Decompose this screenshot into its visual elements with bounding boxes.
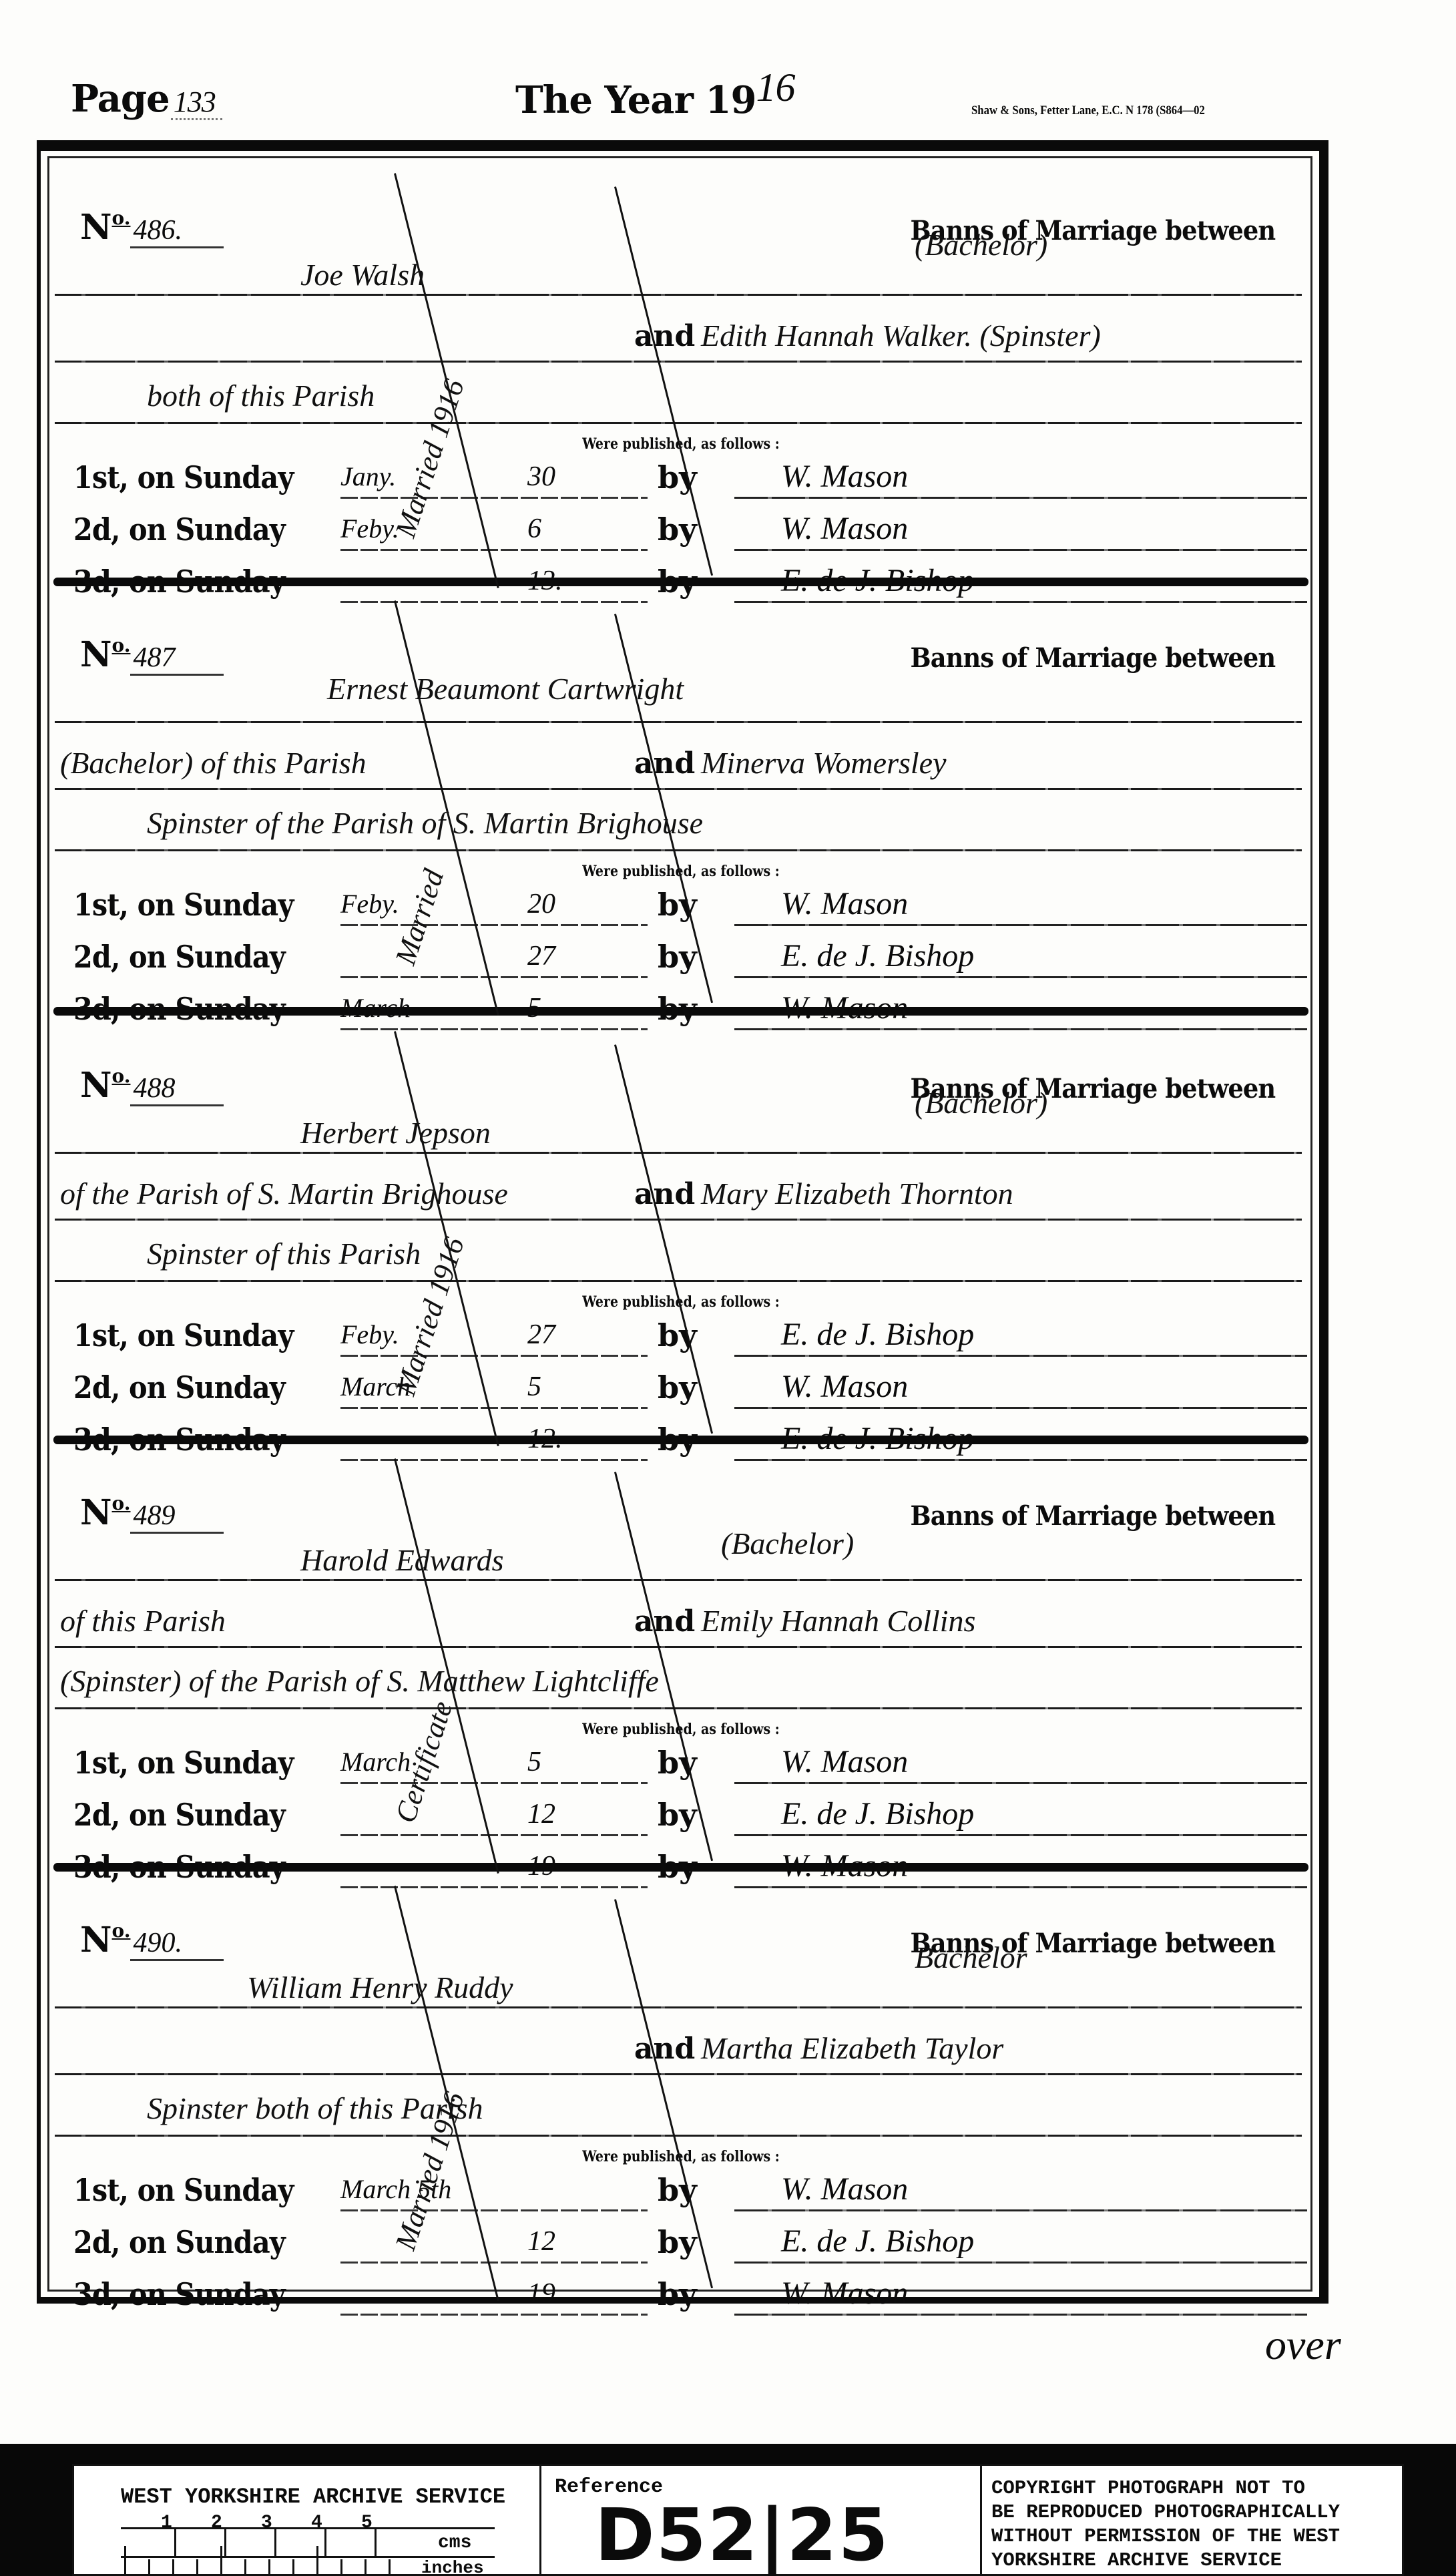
groom-status: (Bachelor) xyxy=(915,227,1047,262)
groom-status: (Bachelor) xyxy=(915,1085,1047,1120)
page-number-label: Page133 xyxy=(71,77,222,121)
officiant-rule xyxy=(734,2314,1307,2316)
entry-rule xyxy=(55,1280,1302,1282)
banns-entry: No.487 Banns of Marriage between Ernest … xyxy=(47,588,1315,1005)
and-label: and xyxy=(634,2032,695,2066)
officiant-rule xyxy=(734,2209,1307,2211)
inch-unit-label: inches xyxy=(421,2558,484,2576)
by-label: by xyxy=(658,1797,697,1833)
publication-day: 30 xyxy=(527,461,555,493)
page-number-value: 133 xyxy=(171,85,222,120)
entry-rule xyxy=(55,294,1302,296)
date-rule xyxy=(340,976,648,978)
page-label-text: Page xyxy=(71,77,170,121)
entry-number-suffix: o. xyxy=(112,1065,131,1087)
entry-number-value: 488 xyxy=(130,1072,224,1106)
entry-rule xyxy=(55,1152,1302,1154)
inch-tick xyxy=(196,2559,198,2574)
officiant-signature: E. de J. Bishop xyxy=(781,2223,974,2260)
publication-day: 12 xyxy=(527,2225,555,2258)
archive-scale-cell: WEST YORKSHIRE ARCHIVE SERVICE 12345 cms… xyxy=(74,2466,541,2574)
inch-tick xyxy=(365,2559,367,2574)
sunday-label: 1st, on Sunday xyxy=(73,1317,294,1353)
by-label: by xyxy=(658,2224,697,2260)
publication-day: 5 xyxy=(527,1371,541,1403)
archive-label-strip: WEST YORKSHIRE ARCHIVE SERVICE 12345 cms… xyxy=(72,2464,1404,2576)
bride-name: Martha Elizabeth Taylor xyxy=(701,2030,1003,2066)
reference-cell: Reference D52|25 xyxy=(541,2466,982,2574)
entry-rule xyxy=(55,361,1302,363)
groom-parish: (Bachelor) of this Parish xyxy=(60,745,367,781)
publication-day: 12 xyxy=(527,1798,555,1830)
publication-row: 2d, on Sunday March 5 by W. Mason xyxy=(47,1364,1315,1418)
publication-row: 1st, on Sunday Feby. 20 by W. Mason xyxy=(47,881,1315,935)
entry-number: No.487 xyxy=(80,634,224,676)
inch-tick xyxy=(244,2559,246,2574)
groom-name: Harold Edwards xyxy=(300,1542,504,1578)
entry-number-value: 487 xyxy=(130,642,224,676)
publication-day: 20 xyxy=(527,888,555,920)
inch-tick xyxy=(292,2559,294,2574)
banns-title: Banns of Marriage between xyxy=(910,1500,1275,1532)
date-rule xyxy=(340,497,648,499)
cm-tick-label: 3 xyxy=(261,2513,272,2533)
date-rule xyxy=(340,924,648,926)
officiant-rule xyxy=(734,1834,1307,1836)
officiant-rule xyxy=(734,924,1307,926)
publication-day: 27 xyxy=(527,940,555,972)
entry-number-suffix: o. xyxy=(112,1492,131,1514)
officiant-signature: E. de J. Bishop xyxy=(781,1795,974,1832)
entry-number-value: 489 xyxy=(130,1500,224,1534)
publication-day: 5 xyxy=(527,1746,541,1778)
officiant-rule xyxy=(734,1407,1307,1409)
sunday-label: 2d, on Sunday xyxy=(73,1797,285,1833)
publication-row: 2d, on Sunday 12 by E. de J. Bishop xyxy=(47,1791,1315,1845)
sunday-label: 1st, on Sunday xyxy=(73,459,294,495)
publication-row: 1st, on Sunday Feby. 27 by E. de J. Bish… xyxy=(47,1312,1315,1365)
year-suffix-value: 16 xyxy=(756,65,794,110)
groom-status: Bachelor xyxy=(915,1940,1027,1975)
cm-unit-label: cms xyxy=(438,2533,471,2553)
officiant-rule xyxy=(734,1355,1307,1357)
entry-rule xyxy=(55,2073,1302,2075)
parish-details: (Spinster) of the Parish of S. Matthew L… xyxy=(60,1663,659,1699)
publication-month: Feby. xyxy=(340,888,399,919)
entry-rule xyxy=(55,788,1302,790)
date-rule xyxy=(340,1407,648,1409)
entry-rule xyxy=(55,1219,1302,1221)
page-header: Page133 The Year 1916 Shaw & Sons, Fette… xyxy=(0,77,1456,130)
groom-status: (Bachelor) xyxy=(721,1526,854,1561)
date-rule xyxy=(340,2209,648,2211)
officiant-signature: W. Mason xyxy=(781,1743,908,1780)
entry-number: No.489 xyxy=(80,1492,224,1534)
banns-title: Banns of Marriage between xyxy=(910,642,1275,674)
date-rule xyxy=(340,1782,648,1784)
copyright-cell: COPYRIGHT PHOTOGRAPH NOT TO BE REPRODUCE… xyxy=(982,2466,1402,2574)
entry-number-suffix: o. xyxy=(112,207,131,229)
entry-number-value: 486. xyxy=(130,214,224,248)
by-label: by xyxy=(658,1369,697,1406)
officiant-rule xyxy=(734,1782,1307,1784)
parish-details: both of this Parish xyxy=(147,378,375,413)
cm-ruler-line xyxy=(121,2527,495,2529)
and-label: and xyxy=(634,746,695,781)
cm-tick xyxy=(375,2529,377,2556)
inch-tick xyxy=(220,2546,222,2576)
entry-rule xyxy=(55,1707,1302,1709)
officiant-rule xyxy=(734,2262,1307,2264)
sunday-label: 2d, on Sunday xyxy=(73,2224,285,2260)
entry-number-suffix: o. xyxy=(112,1920,131,1942)
and-label: and xyxy=(634,1177,695,1211)
publication-month: Jany. xyxy=(340,461,396,492)
entry-rule xyxy=(55,1646,1302,1648)
entry-number: No.486. xyxy=(80,207,224,248)
officiant-signature: W. Mason xyxy=(781,2171,908,2207)
date-rule xyxy=(340,2262,648,2264)
officiant-signature: W. Mason xyxy=(781,458,908,495)
bride-name: Minerva Womersley xyxy=(701,745,946,781)
groom-name: Herbert Jepson xyxy=(300,1115,491,1150)
entry-rule xyxy=(55,1579,1302,1581)
groom-parish: of this Parish xyxy=(60,1603,226,1639)
entry-number: No.490. xyxy=(80,1920,224,1961)
over-note: over xyxy=(1265,2320,1341,2370)
entry-rule xyxy=(55,2135,1302,2137)
entry-number: No.488 xyxy=(80,1065,224,1106)
officiant-rule xyxy=(734,976,1307,978)
publication-row: 3d, on Sunday 19 by W. Mason xyxy=(47,2271,1315,2324)
bride-name: Emily Hannah Collins xyxy=(701,1603,975,1639)
inch-tick xyxy=(389,2559,391,2574)
publication-day: 27 xyxy=(527,1319,555,1351)
publication-day: 19 xyxy=(527,2278,555,2310)
bride-name: Mary Elizabeth Thornton xyxy=(701,1176,1013,1211)
inch-tick xyxy=(316,2546,318,2576)
inch-tick xyxy=(124,2546,126,2576)
sunday-label: 3d, on Sunday xyxy=(73,2276,285,2312)
sunday-label: 1st, on Sunday xyxy=(73,1745,294,1781)
cm-tick xyxy=(274,2529,276,2556)
banns-entry: No.490. Banns of Marriage between Willia… xyxy=(47,1873,1315,2290)
bride-name: Edith Hannah Walker. (Spinster) xyxy=(701,318,1101,353)
cm-tick xyxy=(224,2529,226,2556)
and-label: and xyxy=(634,1604,695,1639)
sunday-label: 2d, on Sunday xyxy=(73,511,285,548)
parish-details: Spinster of this Parish xyxy=(147,1236,421,1271)
officiant-signature: W. Mason xyxy=(781,2275,908,2312)
officiant-signature: E. de J. Bishop xyxy=(781,937,974,974)
year-label: The Year 1916 xyxy=(515,77,794,123)
archive-service-title: WEST YORKSHIRE ARCHIVE SERVICE xyxy=(121,2485,505,2509)
printer-imprint: Shaw & Sons, Fetter Lane, E.C. N 178 (S8… xyxy=(971,103,1205,118)
cm-tick-label: 1 xyxy=(161,2513,172,2533)
cm-tick xyxy=(174,2529,176,2556)
publication-row: 2d, on Sunday 27 by E. de J. Bishop xyxy=(47,933,1315,987)
sunday-label: 2d, on Sunday xyxy=(73,1369,285,1406)
copyright-notice: COPYRIGHT PHOTOGRAPH NOT TO BE REPRODUCE… xyxy=(991,2477,1340,2573)
publication-row: 2d, on Sunday Feby. 6 by W. Mason xyxy=(47,506,1315,560)
by-label: by xyxy=(658,511,697,548)
reference-value: D52|25 xyxy=(595,2494,890,2576)
publication-month: Feby. xyxy=(340,1319,399,1350)
by-label: by xyxy=(658,939,697,975)
inch-tick xyxy=(148,2559,150,2574)
date-rule xyxy=(340,1355,648,1357)
officiant-signature: W. Mason xyxy=(781,1368,908,1405)
entry-rule xyxy=(55,2006,1302,2008)
cm-tick-label: 2 xyxy=(211,2513,222,2533)
entry-rule xyxy=(55,422,1302,424)
year-label-text: The Year 19 xyxy=(515,78,756,122)
publication-row: 1st, on Sunday Jany. 30 by W. Mason xyxy=(47,454,1315,507)
entry-rule xyxy=(55,849,1302,851)
inch-tick xyxy=(172,2559,174,2574)
banns-entry: No.486. Banns of Marriage between Joe Wa… xyxy=(47,160,1315,578)
publication-row: 1st, on Sunday March 5th by W. Mason xyxy=(47,2167,1315,2220)
parish-details: Spinster of the Parish of S. Martin Brig… xyxy=(147,805,703,841)
officiant-signature: E. de J. Bishop xyxy=(781,1316,974,1353)
banns-entry: No.488 Banns of Marriage between Herbert… xyxy=(47,1018,1315,1436)
sunday-label: 2d, on Sunday xyxy=(73,939,285,975)
officiant-signature: W. Mason xyxy=(781,885,908,922)
groom-parish: of the Parish of S. Martin Brighouse xyxy=(60,1176,508,1211)
date-rule xyxy=(340,549,648,551)
publication-month: March xyxy=(340,1746,411,1777)
banns-entry: No.489 Banns of Marriage between Harold … xyxy=(47,1446,1315,1863)
publication-day: 6 xyxy=(527,513,541,545)
sunday-label: 1st, on Sunday xyxy=(73,887,294,923)
date-rule xyxy=(340,1834,648,1836)
and-label: and xyxy=(634,319,695,353)
officiant-signature: W. Mason xyxy=(781,510,908,547)
inch-tick xyxy=(268,2559,270,2574)
officiant-rule xyxy=(734,497,1307,499)
groom-name: William Henry Ruddy xyxy=(247,1970,513,2005)
officiant-rule xyxy=(734,549,1307,551)
cm-tick-label: 4 xyxy=(311,2513,322,2533)
by-label: by xyxy=(658,2276,697,2312)
entry-number-suffix: o. xyxy=(112,634,131,656)
entry-number-value: 490. xyxy=(130,1927,224,1961)
inch-tick xyxy=(340,2559,342,2574)
groom-name: Joe Walsh xyxy=(300,257,425,292)
sunday-label: 1st, on Sunday xyxy=(73,2172,294,2208)
cm-tick xyxy=(324,2529,326,2556)
entry-rule xyxy=(55,721,1302,723)
publication-row: 1st, on Sunday March 5 by W. Mason xyxy=(47,1739,1315,1793)
cm-tick-label: 5 xyxy=(361,2513,373,2533)
publication-row: 2d, on Sunday 12 by E. de J. Bishop xyxy=(47,2219,1315,2272)
date-rule xyxy=(340,2314,648,2316)
